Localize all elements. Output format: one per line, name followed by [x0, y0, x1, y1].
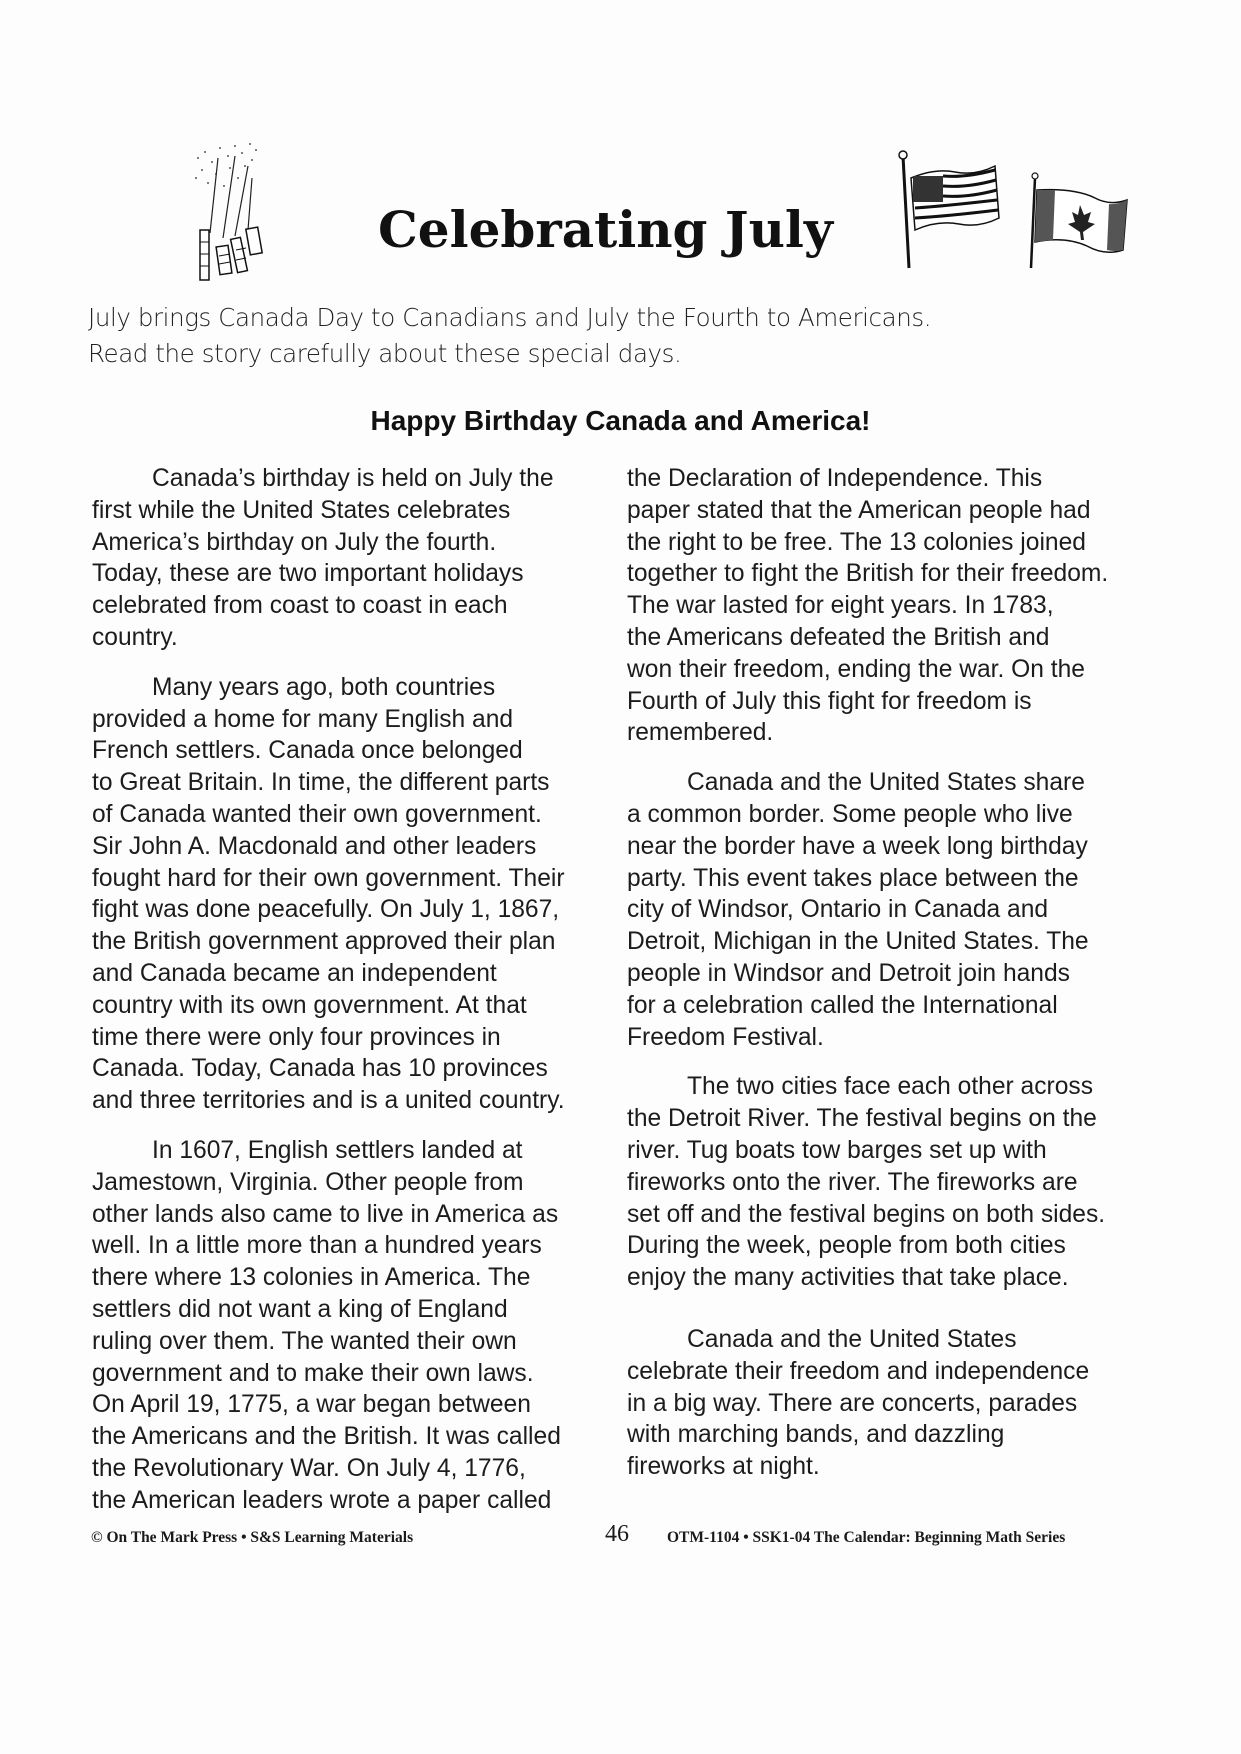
- text-line: and Canada became an independent: [92, 958, 612, 990]
- text-line: celebrated from coast to coast in each: [92, 590, 612, 622]
- text-line: paper stated that the American people ha…: [627, 495, 1152, 527]
- us-flag-icon: [899, 151, 999, 268]
- fireworks-icon: [190, 138, 265, 288]
- text-line: fireworks at night.: [627, 1451, 1152, 1483]
- paragraph: Canada and the United States share a com…: [627, 767, 1152, 1053]
- text-line: Canada and the United States share: [627, 767, 1152, 799]
- text-line: the Americans and the British. It was ca…: [92, 1421, 612, 1453]
- text-line: Sir John A. Macdonald and other leaders: [92, 831, 612, 863]
- text-line: party. This event takes place between th…: [627, 863, 1152, 895]
- text-line: to Great Britain. In time, the different…: [92, 767, 612, 799]
- text-line: first while the United States celebrates: [92, 495, 612, 527]
- text-line: During the week, people from both cities: [627, 1230, 1152, 1262]
- text-line: Detroit, Michigan in the United States. …: [627, 926, 1152, 958]
- paragraph: Canada’s birthday is held on July the fi…: [92, 463, 612, 654]
- text-line: the American leaders wrote a paper calle…: [92, 1485, 612, 1517]
- text-line: with marching bands, and dazzling: [627, 1419, 1152, 1451]
- left-column: Canada’s birthday is held on July the fi…: [92, 463, 612, 1535]
- text-line: the Declaration of Independence. This: [627, 463, 1152, 495]
- text-line: The war lasted for eight years. In 1783,: [627, 590, 1152, 622]
- instruction-line: July brings Canada Day to Canadians and …: [88, 300, 1138, 336]
- paragraph: Canada and the United States celebrate t…: [627, 1324, 1152, 1483]
- text-line: settlers did not want a king of England: [92, 1294, 612, 1326]
- text-line: Canada. Today, Canada has 10 provinces: [92, 1053, 612, 1085]
- text-line: Canada and the United States: [627, 1324, 1152, 1356]
- text-line: Jamestown, Virginia. Other people from: [92, 1167, 612, 1199]
- page-title: Celebrating July: [378, 200, 833, 259]
- text-line: there where 13 colonies in America. The: [92, 1262, 612, 1294]
- text-line: country with its own government. At that: [92, 990, 612, 1022]
- text-line: the British government approved their pl…: [92, 926, 612, 958]
- text-line: celebrate their freedom and independence: [627, 1356, 1152, 1388]
- text-line: French settlers. Canada once belonged: [92, 735, 612, 767]
- text-line: the Detroit River. The festival begins o…: [627, 1103, 1152, 1135]
- text-line: ruling over them. The wanted their own: [92, 1326, 612, 1358]
- text-line: a common border. Some people who live: [627, 799, 1152, 831]
- text-line: of Canada wanted their own government.: [92, 799, 612, 831]
- text-line: government and to make their own laws.: [92, 1358, 612, 1390]
- text-line: provided a home for many English and: [92, 704, 612, 736]
- paragraph: Many years ago, both countries provided …: [92, 672, 612, 1117]
- text-line: fought hard for their own government. Th…: [92, 863, 612, 895]
- text-line: set off and the festival begins on both …: [627, 1199, 1152, 1231]
- text-line: fight was done peacefully. On July 1, 18…: [92, 894, 612, 926]
- text-line: river. Tug boats tow barges set up with: [627, 1135, 1152, 1167]
- text-line: remembered.: [627, 717, 1152, 749]
- text-line: city of Windsor, Ontario in Canada and: [627, 894, 1152, 926]
- text-line: time there were only four provinces in: [92, 1022, 612, 1054]
- footer: © On The Mark Press • S&S Learning Mater…: [0, 1527, 1241, 1549]
- text-line: America’s birthday on July the fourth.: [92, 527, 612, 559]
- text-line: country.: [92, 622, 612, 654]
- instruction-line: Read the story carefully about these spe…: [88, 336, 1138, 372]
- canada-flag-icon: [1031, 173, 1127, 268]
- text-line: Today, these are two important holidays: [92, 558, 612, 590]
- text-line: In 1607, English settlers landed at: [92, 1135, 612, 1167]
- text-line: and three territories and is a united co…: [92, 1085, 612, 1117]
- text-line: On April 19, 1775, a war began between: [92, 1389, 612, 1421]
- text-line: The two cities face each other across: [627, 1071, 1152, 1103]
- text-line: together to fight the British for their …: [627, 558, 1152, 590]
- page-number: 46: [605, 1521, 629, 1548]
- text-line: in a big way. There are concerts, parade…: [627, 1388, 1152, 1420]
- text-line: well. In a little more than a hundred ye…: [92, 1230, 612, 1262]
- paragraph: the Declaration of Independence. This pa…: [627, 463, 1152, 749]
- text-line: Canada’s birthday is held on July the: [92, 463, 612, 495]
- text-line: the Revolutionary War. On July 4, 1776,: [92, 1453, 612, 1485]
- flags-illustration: [895, 150, 1130, 270]
- story-title: Happy Birthday Canada and America!: [0, 405, 1241, 437]
- paragraph: The two cities face each other across th…: [627, 1071, 1152, 1294]
- text-line: the Americans defeated the British and: [627, 622, 1152, 654]
- text-line: people in Windsor and Detroit join hands: [627, 958, 1152, 990]
- publisher-credit: © On The Mark Press • S&S Learning Mater…: [91, 1529, 413, 1547]
- paragraph: In 1607, English settlers landed at Jame…: [92, 1135, 612, 1517]
- text-line: Many years ago, both countries: [92, 672, 612, 704]
- series-info: OTM-1104 • SSK1-04 The Calendar: Beginni…: [667, 1529, 1065, 1547]
- text-line: near the border have a week long birthda…: [627, 831, 1152, 863]
- instructions: July brings Canada Day to Canadians and …: [88, 300, 1138, 372]
- text-line: Freedom Festival.: [627, 1022, 1152, 1054]
- text-line: won their freedom, ending the war. On th…: [627, 654, 1152, 686]
- text-line: the right to be free. The 13 colonies jo…: [627, 527, 1152, 559]
- text-line: other lands also came to live in America…: [92, 1199, 612, 1231]
- text-line: Fourth of July this fight for freedom is: [627, 686, 1152, 718]
- text-line: enjoy the many activities that take plac…: [627, 1262, 1152, 1294]
- right-column: the Declaration of Independence. This pa…: [627, 463, 1152, 1501]
- text-line: fireworks onto the river. The fireworks …: [627, 1167, 1152, 1199]
- text-line: for a celebration called the Internation…: [627, 990, 1152, 1022]
